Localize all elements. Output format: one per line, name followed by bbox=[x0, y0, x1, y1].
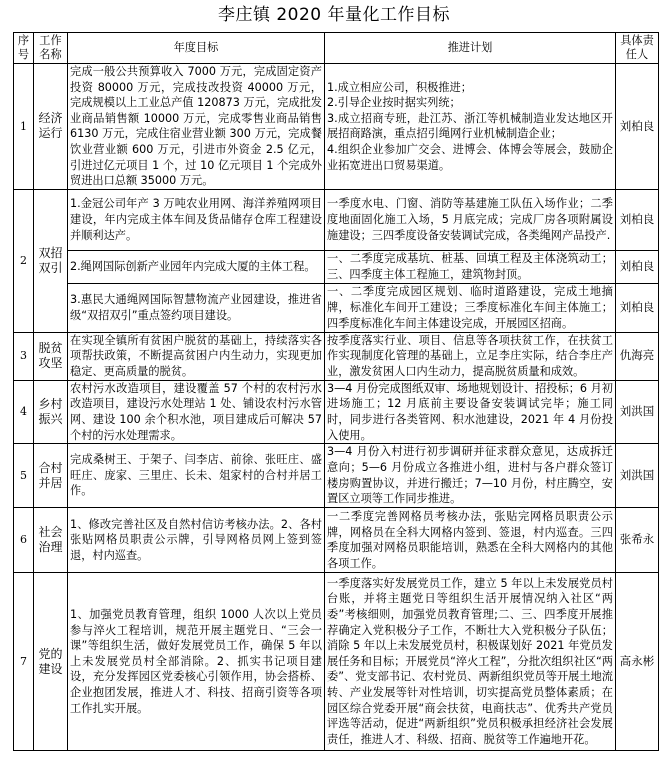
row-responsible: 刘柏良 bbox=[616, 250, 659, 283]
row-annual-goal: 农村污水改造项目，建设覆盖 57 个村的农村污水改造项目，建设污水处理站 1 处… bbox=[68, 380, 325, 443]
row-index: 2 bbox=[14, 189, 34, 332]
row-responsible: 仇海亮 bbox=[616, 332, 659, 380]
table-row: 5 合村并居 完成桑树王、于架子、闫李店、前徐、张旺庄、盛旺庄、庞家、三里庄、长… bbox=[14, 444, 659, 508]
table-row: 4 乡村振兴 农村污水改造项目，建设覆盖 57 个村的农村污水改造项目，建设污水… bbox=[14, 380, 659, 443]
row-annual-goal: 1、修改完善社区及自然村信访考核办法。2、各村张贴网格员职责公示牌，引导网格员网… bbox=[68, 508, 325, 573]
row-work-name: 脱贫攻坚 bbox=[34, 332, 68, 380]
row-plan: 一、二季度完成基坑、桩基、回填工程及主体浇筑动工；三、四季度主体工程施工，建筑物… bbox=[325, 250, 616, 283]
table-subrow: 2.绳网国际创新产业园年内完成大厦的主体工程。 一、二季度完成基坑、桩基、回填工… bbox=[14, 250, 659, 283]
table-subrow: 3.惠民大通绳网国际智慧物流产业园建设，推进省级“双招双引”重点签约项目建设。 … bbox=[14, 283, 659, 332]
row-responsible: 刘柏良 bbox=[616, 189, 659, 250]
row-plan: 一季度水电、门窗、消防等基建施工队伍入场作业；二季度地面固化施工入场，5 月底完… bbox=[325, 189, 616, 250]
row-index: 1 bbox=[14, 64, 34, 190]
table-row: 7 党的建设 1、加强党员教育管理，组织 1000 人次以上党员参与淬火工程培训… bbox=[14, 573, 659, 751]
row-annual-goal: 1、加强党员教育管理，组织 1000 人次以上党员参与淬火工程培训，规范开展主题… bbox=[68, 573, 325, 751]
row-annual-goal: 完成一般公共预算收入 7000 万元，完成固定资产投资 80000 万元，完成技… bbox=[68, 64, 325, 190]
row-plan: 1.成立相应公司，积极推进； 2.引导企业按时据实列统； 3.成立招商专班，赴江… bbox=[325, 64, 616, 190]
row-annual-goal: 1.金冠公司年产 3 万吨农业用网、海洋养殖网项目建设，年内完成主体车间及货品储… bbox=[68, 189, 325, 250]
header-work-name: 工作名称 bbox=[34, 33, 68, 64]
row-work-name: 社会治理 bbox=[34, 508, 68, 573]
row-annual-goal: 2.绳网国际创新产业园年内完成大厦的主体工程。 bbox=[68, 250, 325, 283]
row-work-name: 乡村振兴 bbox=[34, 380, 68, 443]
row-index: 4 bbox=[14, 380, 34, 443]
row-plan: 一、二季度完成园区规划、临时道路建设，完成土地摘牌，标准化车间开工建设；三季度标… bbox=[325, 283, 616, 332]
table-row: 3 脱贫攻坚 在实现全镇所有贫困户脱贫的基础上，持续落实各项帮扶政策，不断提高贫… bbox=[14, 332, 659, 380]
row-responsible: 刘洪国 bbox=[616, 444, 659, 508]
row-responsible: 刘柏良 bbox=[616, 64, 659, 190]
row-responsible: 刘柏良 bbox=[616, 283, 659, 332]
row-work-name: 党的建设 bbox=[34, 573, 68, 751]
row-plan: 3—4 月份入村进行初步调研并征求群众意见，达成拆迁意向；5—6 月份成立各推进… bbox=[325, 444, 616, 508]
row-plan: 一二季度完善网格员考核办法，张贴完网格员职责公示牌，网格员在全科大网格内签到、签… bbox=[325, 508, 616, 573]
row-responsible: 张希永 bbox=[616, 508, 659, 573]
row-work-name: 经济运行 bbox=[34, 64, 68, 190]
header-annual-goal: 年度目标 bbox=[68, 33, 325, 64]
header-plan: 推进计划 bbox=[325, 33, 616, 64]
table-row: 6 社会治理 1、修改完善社区及自然村信访考核办法。2、各村张贴网格员职责公示牌… bbox=[14, 508, 659, 573]
row-plan: 一季度落实好发展党员工作，建立 5 年以上未发展党员村台账，并将主题党日等组织生… bbox=[325, 573, 616, 751]
header-responsible: 具体责任人 bbox=[616, 33, 659, 64]
row-work-name: 双招双引 bbox=[34, 189, 68, 332]
row-index: 5 bbox=[14, 444, 34, 508]
table-header-row: 序号 工作名称 年度目标 推进计划 具体责任人 bbox=[14, 33, 659, 64]
header-index: 序号 bbox=[14, 33, 34, 64]
row-index: 3 bbox=[14, 332, 34, 380]
row-plan: 3—4 月份完成图纸双审、场地规划设计、招投标；6 月初进场施工；12 月底前主… bbox=[325, 380, 616, 443]
table-row: 1 经济运行 完成一般公共预算收入 7000 万元，完成固定资产投资 80000… bbox=[14, 64, 659, 190]
row-index: 7 bbox=[14, 573, 34, 751]
table-row: 2 双招双引 1.金冠公司年产 3 万吨农业用网、海洋养殖网项目建设，年内完成主… bbox=[14, 189, 659, 250]
row-plan: 按季度落实行业、项目、信息等各项扶贫工作，在扶贫工作实现制度化管理的基础上，立足… bbox=[325, 332, 616, 380]
work-targets-table: 序号 工作名称 年度目标 推进计划 具体责任人 1 经济运行 完成一般公共预算收… bbox=[13, 32, 659, 751]
row-index: 6 bbox=[14, 508, 34, 573]
row-annual-goal: 在实现全镇所有贫困户脱贫的基础上，持续落实各项帮扶政策，不断提高贫困户内生动力，… bbox=[68, 332, 325, 380]
document-title: 李庄镇 2020 年量化工作目标 bbox=[0, 4, 668, 26]
row-responsible: 刘洪国 bbox=[616, 380, 659, 443]
row-annual-goal: 完成桑树王、于架子、闫李店、前徐、张旺庄、盛旺庄、庞家、三里庄、长未、俎家村的合… bbox=[68, 444, 325, 508]
row-responsible: 高永彬 bbox=[616, 573, 659, 751]
row-annual-goal: 3.惠民大通绳网国际智慧物流产业园建设，推进省级“双招双引”重点签约项目建设。 bbox=[68, 283, 325, 332]
row-work-name: 合村并居 bbox=[34, 444, 68, 508]
